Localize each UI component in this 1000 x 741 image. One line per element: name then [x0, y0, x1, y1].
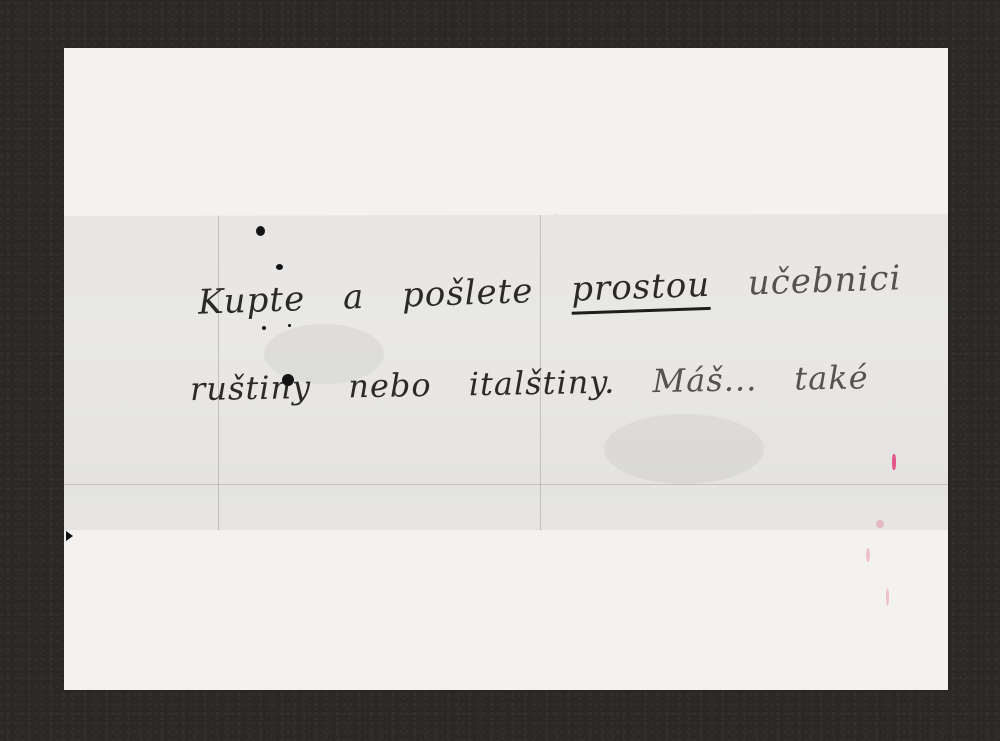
fold-line-horizontal	[64, 484, 948, 485]
ink-blot	[262, 326, 266, 330]
pink-stain	[876, 520, 884, 528]
word: nebo	[348, 366, 432, 405]
paper-stain	[604, 414, 764, 484]
handwriting-line-1: Kupte a pošlete prostou učebnici	[197, 257, 928, 327]
word: Kupte	[197, 279, 305, 323]
word: ruštiny	[190, 368, 312, 408]
word: také	[794, 358, 869, 397]
underlined-word: prostou	[571, 265, 711, 315]
photograph: Kupte a pošlete prostou učebnici ruštiny…	[64, 48, 948, 690]
arrow-marker-icon	[66, 531, 73, 541]
pink-stain	[866, 548, 870, 562]
ink-blot	[276, 264, 283, 270]
ink-blot	[282, 374, 294, 386]
word: pošlete	[401, 271, 534, 316]
ink-blot	[256, 226, 265, 236]
ink-blot	[552, 210, 559, 215]
ink-blot	[288, 324, 291, 327]
word: Máš...	[652, 360, 757, 400]
word: italštiny.	[468, 363, 615, 404]
note-strip: Kupte a pošlete prostou učebnici ruštiny…	[64, 214, 948, 530]
word: učebnici	[747, 258, 902, 303]
pink-stain	[892, 454, 896, 470]
word: a	[342, 277, 365, 318]
pink-stain	[886, 588, 889, 606]
